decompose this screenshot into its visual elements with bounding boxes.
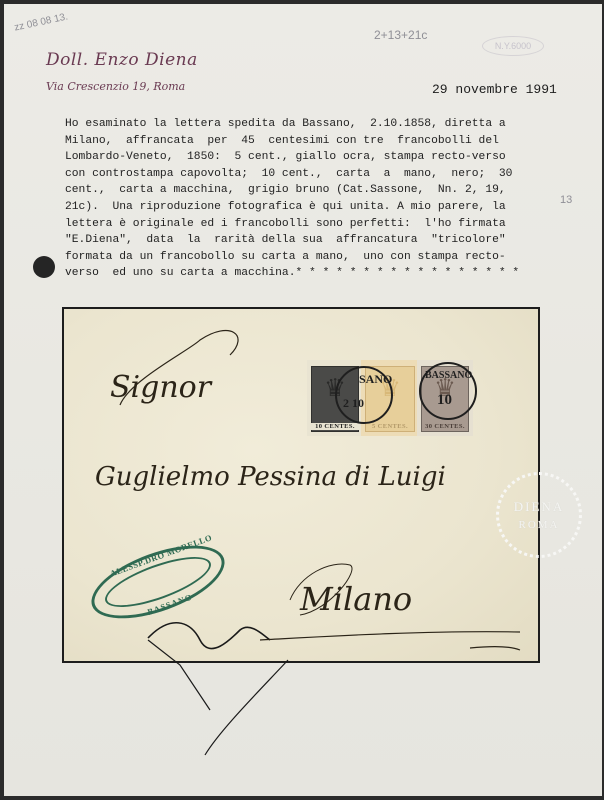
address-salutation: Signor: [110, 370, 211, 405]
postmark-date: 10: [437, 392, 452, 409]
postmark-date: 2 10: [343, 396, 364, 411]
certificate-body: Ho esaminato la lettera spedita da Bassa…: [65, 116, 555, 282]
body-line: "E.Diena", data la rarità della sua affr…: [65, 232, 555, 249]
address-recipient: Guglielmo Pessina di Luigi: [95, 462, 446, 492]
pencil-margin-note: 13: [560, 194, 572, 206]
embossed-diena-seal: DIENA ROMA: [496, 472, 582, 558]
postmark-text: SANO: [359, 372, 392, 387]
postmark-text: BASSANO: [425, 370, 472, 381]
certificate-date: 29 novembre 1991: [432, 82, 557, 97]
body-line: lettera è originale ed i francobolli son…: [65, 216, 555, 233]
emboss-line-2: ROMA: [499, 519, 579, 531]
body-line: Ho esaminato la lettera spedita da Bassa…: [65, 116, 555, 133]
punch-hole: [33, 256, 55, 278]
faint-ink-stamp: N.Y.6000: [482, 36, 544, 56]
postmark-circle: SANO 2 10: [335, 366, 393, 424]
body-line: con controstampa capovolta; 10 cent., ca…: [65, 166, 555, 183]
postmark-circle: BASSANO 10: [419, 362, 477, 420]
stamp-value-label: 10 CENTES.: [307, 423, 363, 430]
letterhead-name: Doll. Enzo Diena: [46, 50, 198, 70]
body-line: 21c). Una riproduzione fotografica è qui…: [65, 199, 555, 216]
stamp-value-label: 5 CENTES.: [361, 423, 419, 430]
body-line: formata da un francobollo su carta a man…: [65, 249, 555, 266]
pencil-catalog-note: 2+13+21c: [374, 28, 427, 42]
body-line: Lombardo-Veneto, 1850: 5 cent., giallo o…: [65, 149, 555, 166]
stamp-strip: ♛ 10 CENTES. ♛ 5 CENTES. ♛ 30 CENTES. SA…: [303, 360, 473, 440]
stamp-value-label: 30 CENTES.: [417, 423, 473, 430]
address-city: Milano: [300, 580, 412, 618]
emboss-line-1: DIENA: [499, 499, 579, 515]
body-line: cent., carta a macchina, grigio bruno (C…: [65, 182, 555, 199]
body-line: Milano, affrancata per 45 centesimi con …: [65, 133, 555, 150]
letterhead-address: Via Crescenzio 19, Roma: [46, 80, 185, 93]
pencil-reference-note: zz 08 08 13.: [14, 12, 69, 33]
body-line: verso ed uno su carta a macchina.* * * *…: [65, 265, 555, 282]
